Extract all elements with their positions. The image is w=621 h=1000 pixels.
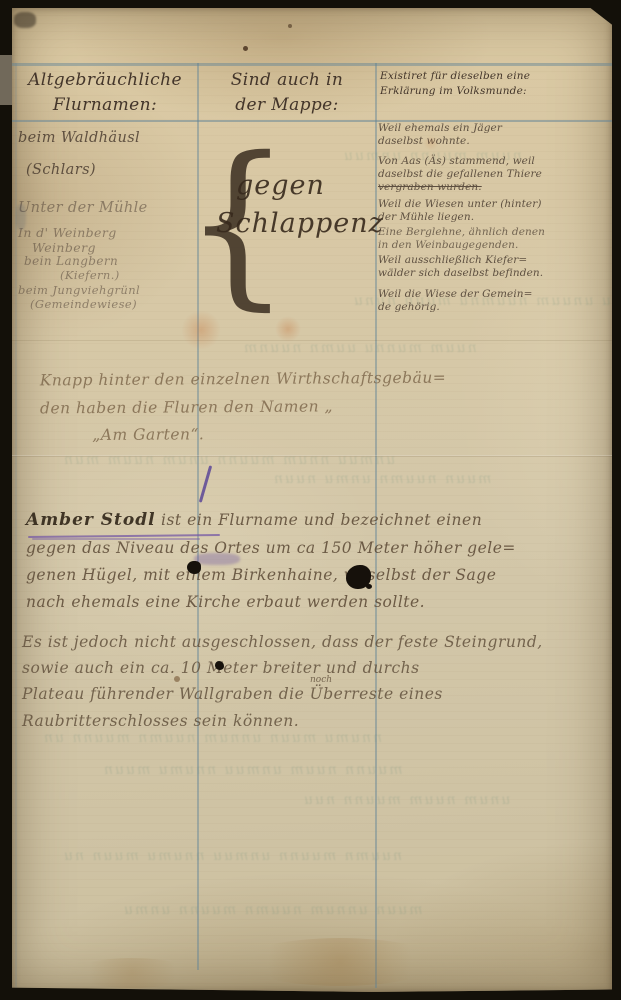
explanation-line: der Mühle liegen.	[378, 211, 606, 224]
flurname-entry: beim Jungviehgrünl	[18, 283, 140, 297]
show-through-text: muun unnum nuumn muunn unmu	[122, 902, 422, 918]
flurname-entry: (Schlars)	[26, 162, 96, 178]
brown-speck	[174, 676, 180, 682]
header-col1-line1: Altgebräuchliche	[16, 68, 194, 93]
show-through-text: muun nuumn unmu nuun	[272, 471, 491, 487]
paragraph-line: Plateau führender Wallgraben die Überres…	[22, 685, 543, 703]
paragraph-am-garten: Knapp hinter den einzelnen Wirthschaftsg…	[40, 369, 447, 445]
header-col2: Sind auch in der Mappe:	[202, 68, 372, 118]
header-col1-line2: Flurnamen:	[16, 93, 194, 118]
flurname-entry: Weinberg	[32, 240, 96, 255]
explanation-line: wälder sich daselbst befinden.	[378, 267, 606, 280]
show-through-text: nuumn muunn unmuu nnumu muun nu	[62, 848, 402, 864]
blue-edge-mark	[16, 204, 26, 230]
explanation-line: Weil die Wiesen unter (hinter)	[378, 198, 606, 211]
scanned-document-page: nuum muunn unmuu munnu unuum nuumnu muun…	[0, 0, 621, 1000]
flurname-entry: (Gemeindewiese)	[30, 297, 137, 311]
header-col1: Altgebräuchliche Flurnamen:	[16, 68, 194, 118]
show-through-text: muunn nuum unmuu nnumu muun	[102, 762, 402, 778]
explanation-entry: Weil ehemals ein Jäger daselbst wohnte.	[378, 122, 606, 148]
ink-blot	[366, 584, 372, 589]
brown-speck	[288, 24, 292, 28]
flurname-amber-stodl: Amber Stodl	[26, 510, 156, 530]
paragraph-line: den haben die Fluren den Namen „	[40, 397, 447, 418]
mappe-name-line1: gegen	[236, 170, 325, 201]
bottom-stain	[240, 938, 440, 986]
show-through-text: nuum munnu uumn nuunm	[242, 340, 477, 356]
paragraph-line: nach ehemals eine Kirche erbaut werden s…	[26, 593, 516, 611]
explanation-entry: Eine Berglehne, ähnlich denen in den Wei…	[378, 226, 606, 252]
explanation-entry: Von Aas (Äs) stammend, weil daselbst die…	[378, 155, 606, 194]
purple-slash-mark	[199, 465, 212, 502]
paragraph-line: „Am Garten“.	[92, 424, 447, 444]
flurname-entry: bein Langbern	[24, 254, 118, 268]
paragraph-line: Amber Stodl ist ein Flurname und bezeich…	[26, 510, 516, 530]
corner-smudge	[14, 12, 36, 28]
flurname-entry: Unter der Mühle	[18, 200, 148, 216]
explanation-entry: Weil die Wiesen unter (hinter) der Mühle…	[378, 198, 606, 224]
explanation-line: daselbst wohnte.	[378, 135, 606, 148]
ink-blot	[187, 561, 201, 574]
paragraph-line: genen Hügel, mit einem Birkenhaine, wose…	[26, 566, 516, 584]
mappe-name-line2: Schlappenz	[216, 208, 384, 239]
paragraph-line: Es ist jedoch nicht ausgeschlossen, dass…	[22, 633, 543, 651]
explanation-line-struck: vergraben wurden.	[378, 181, 606, 194]
flurname-entry: In d' Weinberg	[18, 225, 117, 240]
brown-speck	[243, 46, 248, 51]
show-through-text: unum nuum muunn nuu	[302, 792, 510, 808]
paragraph-line: gegen das Niveau des Ortes um ca 150 Met…	[26, 539, 516, 557]
purple-underline	[32, 538, 200, 540]
paragraph-line: Knapp hinter den einzelnen Wirthschaftsg…	[40, 369, 447, 390]
paragraph-amber-stodl: Amber Stodl ist ein Flurname und bezeich…	[26, 510, 516, 611]
paragraph-raubritterschloss: Es ist jedoch nicht ausgeschlossen, dass…	[22, 633, 543, 730]
manuscript-paper: nuum muunn unmuu munnu unuum nuumnu muun…	[12, 8, 612, 992]
header-col2-line2: der Mappe:	[202, 93, 372, 118]
bottom-stain	[72, 958, 192, 988]
explanation-line: Von Aas (Äs) stammend, weil	[378, 155, 606, 168]
explanation-line: Weil die Wiese der Gemein=	[378, 288, 606, 301]
show-through-text: nnumu muun unnum nuumn muunn un	[42, 730, 382, 746]
scan-edge-tab	[0, 55, 13, 105]
explanation-line: daselbst die gefallenen Thiere	[378, 168, 606, 181]
orange-stain	[422, 136, 440, 150]
inserted-word: noch	[310, 675, 332, 685]
explanation-line: Weil ausschließlich Kiefer=	[378, 254, 606, 267]
paragraph-line: Raubritterschlosses sein können.	[22, 712, 543, 730]
explanation-entry: Weil die Wiese der Gemein= de gehörig.	[378, 288, 606, 314]
header-col3-line1: Existiret für dieselben eine	[380, 69, 606, 84]
orange-stain	[274, 316, 302, 342]
header-col2-line1: Sind auch in	[202, 68, 372, 93]
explanation-line: in den Weinbaugegenden.	[378, 239, 606, 252]
ink-blot	[215, 661, 224, 670]
explanation-line: Eine Berglehne, ähnlich denen	[378, 226, 606, 239]
paragraph-line: sowie auch ein ca. 10 Meter breiter und …	[22, 659, 543, 677]
show-through-text: unmuu nnum muunn unum nuum mun	[62, 452, 395, 468]
paragraph-line-rest: ist ein Flurname und bezeichnet einen	[156, 511, 483, 529]
explanation-line: de gehörig.	[378, 301, 606, 314]
header-col3-line2: Erklärung im Volksmunde:	[380, 84, 606, 99]
orange-stain	[180, 310, 222, 350]
explanation-line: Weil ehemals ein Jäger	[378, 122, 606, 135]
flurname-entry: beim Waldhäusl	[18, 130, 140, 146]
header-col3: Existiret für dieselben eine Erklärung i…	[380, 69, 606, 99]
purple-smudge-note	[194, 553, 240, 565]
flurname-entry: (Kiefern.)	[60, 268, 120, 282]
explanation-entry: Weil ausschließlich Kiefer= wälder sich …	[378, 254, 606, 280]
margin-rule	[15, 63, 17, 992]
table-top-rule	[12, 63, 612, 66]
